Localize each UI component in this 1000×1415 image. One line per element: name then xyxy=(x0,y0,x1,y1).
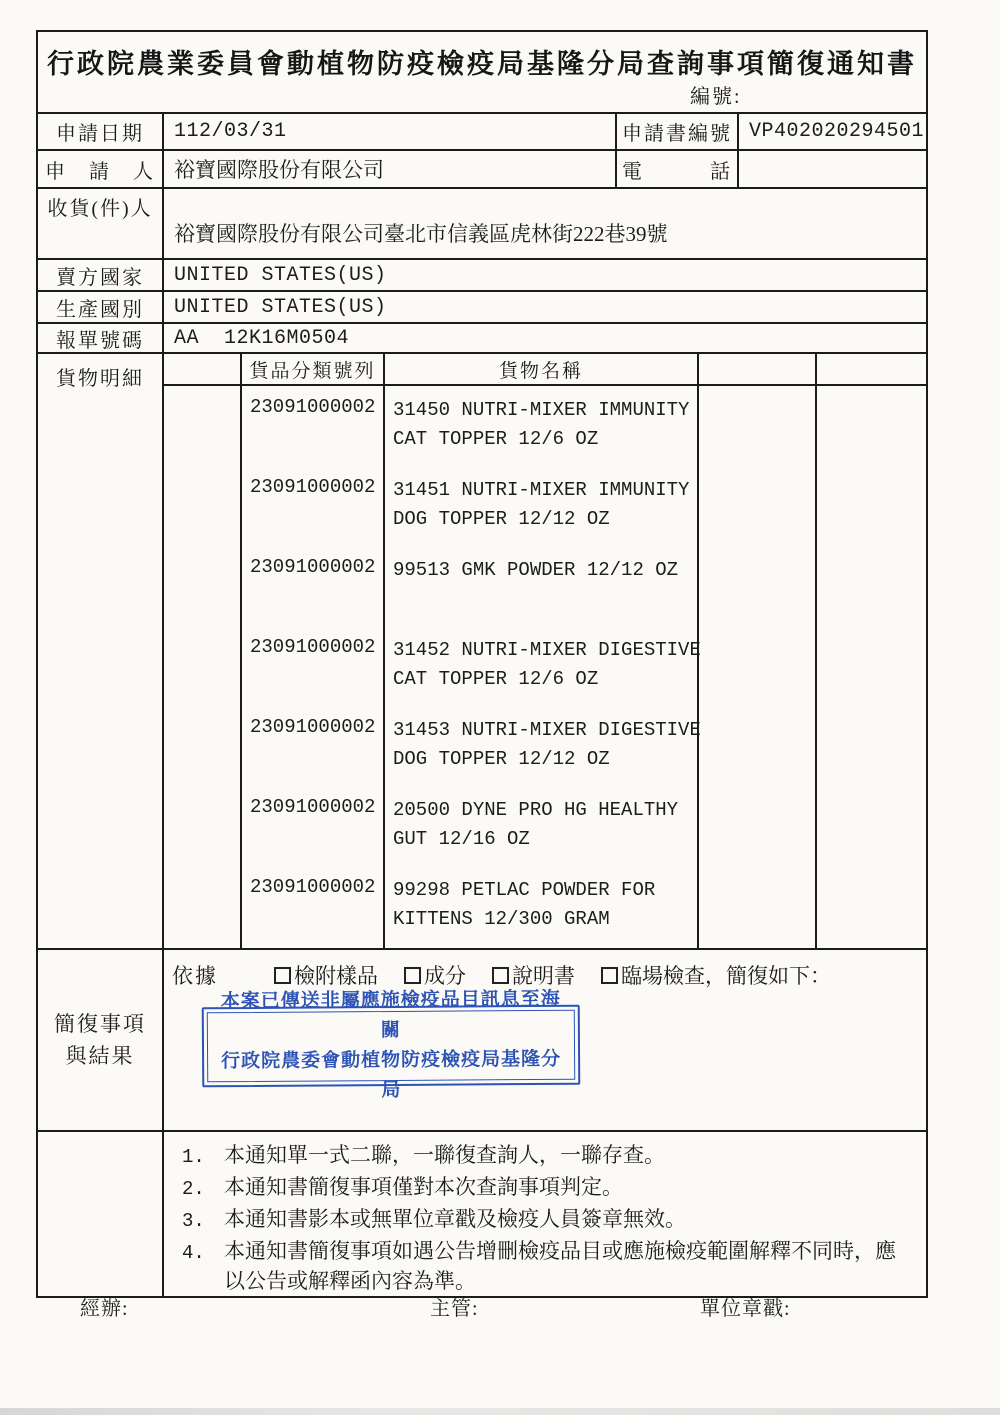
notes-section: 1.本通知單一式二聯，一聯復查詢人，一聯存查。 2.本通知書簡復事項僅對本次查詢… xyxy=(38,1132,926,1296)
checkbox-icon xyxy=(274,967,291,984)
stamp-line-2: 行政院農委會動植物防疫檢疫局基隆分局 xyxy=(214,1045,568,1107)
result-section: 簡復事項 與結果 依據 檢附樣品 成分 說明書 臨場檢查，簡復如下： 本案已傳送… xyxy=(38,950,926,1132)
goods-detail-section: 貨物明細 貨品分類號列 貨物名稱 23091000002 31450 NUTRI… xyxy=(38,354,926,950)
supervisor-label: 主管: xyxy=(430,1292,479,1321)
goods-table-header: 貨品分類號列 貨物名稱 xyxy=(164,354,926,386)
declaration-no-value: AA 12K16M0504 xyxy=(164,324,926,353)
application-date-label: 申請日期 xyxy=(38,114,164,149)
title-section: 行政院農業委員會動植物防疫檢疫局基隆分局查詢事項簡復通知書 編號: xyxy=(38,32,926,114)
form-table: 行政院農業委員會動植物防疫檢疫局基隆分局查詢事項簡復通知書 編號: 申請日期 1… xyxy=(36,30,928,1298)
row-seller-country: 賣方國家 UNITED STATES(US) xyxy=(38,260,926,292)
goods-item-name: 31452 NUTRI-MIXER DIGESTIVECAT TOPPER 12… xyxy=(385,626,699,706)
application-no-label: 申請書編號 xyxy=(617,114,739,149)
phone-value xyxy=(739,151,926,187)
goods-section-label: 貨物明細 xyxy=(38,354,164,948)
scan-bottom-edge xyxy=(0,1408,1000,1415)
seller-country-value: UNITED STATES(US) xyxy=(164,260,926,290)
goods-item-code: 23091000002 xyxy=(242,386,385,466)
checkbox-icon xyxy=(492,967,509,984)
goods-item-name: 31453 NUTRI-MIXER DIGESTIVEDOG TOPPER 12… xyxy=(385,706,699,786)
serial-number-label: 編號: xyxy=(690,80,742,109)
page-title: 行政院農業委員會動植物防疫檢疫局基隆分局查詢事項簡復通知書 xyxy=(38,32,926,81)
goods-item-code: 23091000002 xyxy=(242,466,385,546)
consignee-value: 裕寶國際股份有限公司臺北市信義區虎林街222巷39號 xyxy=(164,189,926,258)
row-production-country: 生產國別 UNITED STATES(US) xyxy=(38,292,926,324)
applicant-value: 裕寶國際股份有限公司 xyxy=(164,151,617,187)
handler-label: 經辦: xyxy=(80,1292,129,1321)
application-date-value: 112/03/31 xyxy=(164,114,617,149)
goods-item-row: 23091000002 31451 NUTRI-MIXER IMMUNITYDO… xyxy=(164,466,926,546)
goods-item-row: 23091000002 99298 PETLAC POWDER FORKITTE… xyxy=(164,866,926,946)
goods-item-name: 31450 NUTRI-MIXER IMMUNITYCAT TOPPER 12/… xyxy=(385,386,699,466)
result-body: 依據 檢附樣品 成分 說明書 臨場檢查，簡復如下： 本案已傳送非屬應施檢疫品目訊… xyxy=(164,950,926,1130)
result-side-label: 簡復事項 與結果 xyxy=(38,950,164,1130)
checkbox-icon xyxy=(601,967,618,984)
row-consignee: 收貨(件)人 裕寶國際股份有限公司臺北市信義區虎林街222巷39號 xyxy=(38,189,926,260)
goods-item-code: 23091000002 xyxy=(242,546,385,626)
checkbox-suffix: ，簡復如下： xyxy=(705,960,831,990)
goods-col-empty-2 xyxy=(699,354,817,384)
row-applicant: 申 請 人 裕寶國際股份有限公司 電 話 xyxy=(38,151,926,189)
blue-ink-stamp: 本案已傳送非屬應施檢疫品目訊息至海關 行政院農委會動植物防疫檢疫局基隆分局 xyxy=(202,1005,581,1088)
unit-seal-label: 單位章戳: xyxy=(700,1292,791,1321)
goods-item-row: 23091000002 20500 DYNE PRO HG HEALTHYGUT… xyxy=(164,786,926,866)
scanned-form-page: 行政院農業委員會動植物防疫檢疫局基隆分局查詢事項簡復通知書 編號: 申請日期 1… xyxy=(0,0,1000,1415)
goods-item-code: 23091000002 xyxy=(242,786,385,866)
stamp-line-1: 本案已傳送非屬應施檢疫品目訊息至海關 xyxy=(214,985,568,1047)
row-application-date: 申請日期 112/03/31 申請書編號 VP402020294501 xyxy=(38,114,926,151)
goods-item-code: 23091000002 xyxy=(242,706,385,786)
declaration-no-label: 報單號碼 xyxy=(38,324,164,353)
production-country-label: 生產國別 xyxy=(38,292,164,322)
goods-item-row: 23091000002 99513 GMK POWDER 12/12 OZ xyxy=(164,546,926,626)
goods-item-code: 23091000002 xyxy=(242,626,385,706)
checkbox-onsite-inspection: 臨場檢查，簡復如下： xyxy=(601,960,831,990)
goods-col-empty-3 xyxy=(817,354,926,384)
production-country-value: UNITED STATES(US) xyxy=(164,292,926,322)
note-item: 3.本通知書影本或無單位章戳及檢疫人員簽章無效。 xyxy=(182,1204,912,1236)
goods-table-filler xyxy=(164,946,926,948)
goods-item-name: 20500 DYNE PRO HG HEALTHYGUT 12/16 OZ xyxy=(385,786,699,866)
note-item: 2.本通知書簡復事項僅對本次查詢事項判定。 xyxy=(182,1172,912,1204)
phone-label: 電 話 xyxy=(617,151,739,187)
goods-col-class-code-header: 貨品分類號列 xyxy=(242,354,385,384)
notes-list: 1.本通知單一式二聯，一聯復查詢人，一聯存查。 2.本通知書簡復事項僅對本次查詢… xyxy=(164,1132,926,1296)
goods-item-name: 31451 NUTRI-MIXER IMMUNITYDOG TOPPER 12/… xyxy=(385,466,699,546)
goods-col-empty-1 xyxy=(164,354,242,384)
row-declaration-no: 報單號碼 AA 12K16M0504 xyxy=(38,324,926,354)
application-no-value: VP402020294501 xyxy=(739,114,930,149)
goods-table: 貨品分類號列 貨物名稱 23091000002 31450 NUTRI-MIXE… xyxy=(164,354,926,948)
notes-spacer-cell xyxy=(38,1132,164,1296)
goods-item-name: 99513 GMK POWDER 12/12 OZ xyxy=(385,546,699,626)
goods-item-code: 23091000002 xyxy=(242,866,385,946)
consignee-label: 收貨(件)人 xyxy=(38,189,164,258)
note-item: 1.本通知單一式二聯，一聯復查詢人，一聯存查。 xyxy=(182,1140,912,1172)
note-item: 4.本通知書簡復事項如遇公告增刪檢疫品目或應施檢疫範圍解釋不同時，應以公告或解釋… xyxy=(182,1236,912,1296)
goods-item-name: 99298 PETLAC POWDER FORKITTENS 12/300 GR… xyxy=(385,866,699,946)
goods-item-row: 23091000002 31452 NUTRI-MIXER DIGESTIVEC… xyxy=(164,626,926,706)
checkbox-icon xyxy=(404,967,421,984)
seller-country-label: 賣方國家 xyxy=(38,260,164,290)
applicant-label: 申 請 人 xyxy=(38,151,164,187)
goods-col-name-header: 貨物名稱 xyxy=(385,354,699,384)
goods-item-row: 23091000002 31453 NUTRI-MIXER DIGESTIVED… xyxy=(164,706,926,786)
goods-item-row: 23091000002 31450 NUTRI-MIXER IMMUNITYCA… xyxy=(164,386,926,466)
basis-label: 依據 xyxy=(172,960,218,990)
